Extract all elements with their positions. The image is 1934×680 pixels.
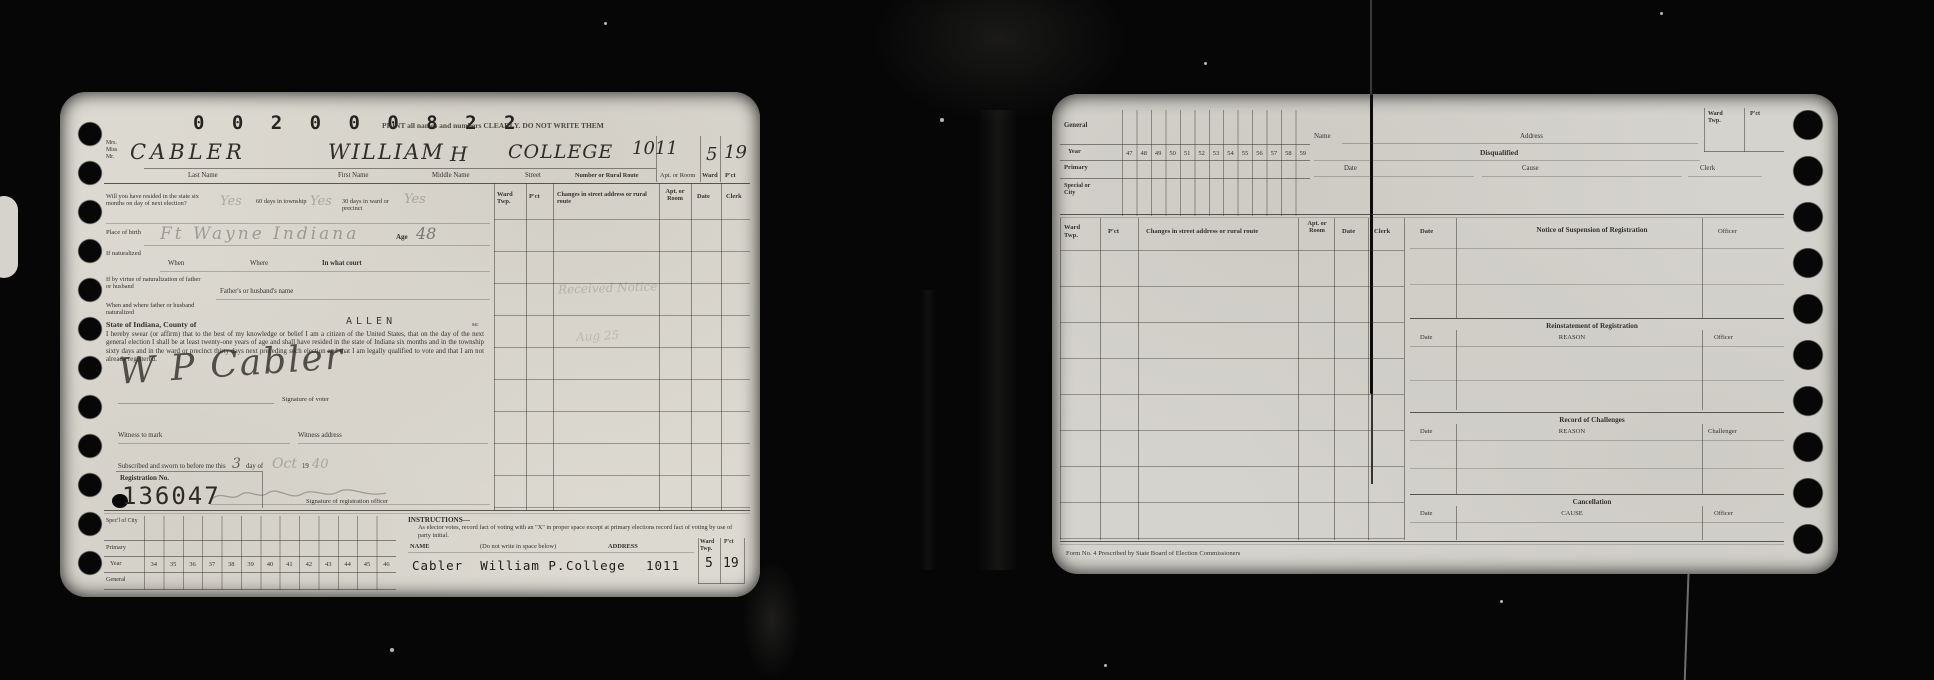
handwritten-pct: 19 <box>724 142 747 163</box>
year-cell: 47 <box>1122 146 1136 160</box>
label-last-name: Last Name <box>188 172 218 180</box>
reinstatement-reason: REASON <box>1492 334 1652 342</box>
label-name: NAME <box>410 543 430 550</box>
divider <box>720 136 721 182</box>
back-vote-grid: General Year 47484950515253545556575859 … <box>1060 110 1310 216</box>
ruled-rows <box>1060 250 1404 540</box>
year-cell: 59 <box>1296 146 1310 160</box>
typed-address: College <box>566 558 626 573</box>
dust-speck <box>1104 664 1107 667</box>
rule <box>104 540 396 541</box>
handwritten-place-of-birth: Ft Wayne Indiana <box>160 224 359 244</box>
rule <box>1342 143 1698 144</box>
title-mrs: Mrs. <box>106 140 117 147</box>
question-ward: 30 days in ward or precinct <box>342 198 402 212</box>
year-cell: 39 <box>241 557 260 572</box>
label-clerk: Clerk <box>1700 165 1715 173</box>
divider <box>1456 506 1457 540</box>
punch-holes <box>76 116 104 584</box>
col-apt: Apt. or Room <box>1302 220 1332 234</box>
year-cell: 56 <box>1252 146 1266 160</box>
instructions-body: As elector votes, record fact of voting … <box>418 524 744 539</box>
divider <box>1702 424 1703 494</box>
rule <box>1314 160 1700 161</box>
film-streak <box>920 290 936 570</box>
year-cell: 50 <box>1165 146 1179 160</box>
label-virtue-naturalization: If by virtue of naturalization of father… <box>106 276 204 290</box>
changes-table: Ward Twp. P'ct Changes in street address… <box>494 183 750 511</box>
rule <box>1410 346 1784 347</box>
registration-card-front: 0 0 2 0 0 0 8 2 2 PRINT all names and nu… <box>60 92 760 597</box>
divider <box>700 136 701 182</box>
label-registration-no: Registration No. <box>120 474 169 482</box>
rule <box>1410 440 1784 441</box>
cancellation-date: Date <box>1420 510 1432 518</box>
year-cell: 35 <box>163 557 182 572</box>
rule <box>408 552 694 553</box>
bottom-rule <box>1060 544 1784 545</box>
vote-record-grid: Spec'l of City Primary Year 343536373839… <box>104 516 396 590</box>
dust-speck <box>940 118 944 122</box>
divider <box>1456 330 1457 410</box>
handwritten-middle-name: H <box>450 142 467 166</box>
year-cell: 52 <box>1194 146 1208 160</box>
year-cell: 34 <box>144 557 163 572</box>
microfilm-scan: 0 0 2 0 0 0 8 2 2 PRINT all names and nu… <box>0 0 1934 680</box>
rule <box>104 589 396 590</box>
title-mr: Mr. <box>106 154 117 161</box>
registration-number-stamp: 136047 <box>122 482 221 510</box>
divider <box>744 538 745 584</box>
divider <box>1456 424 1457 494</box>
label-address: Address <box>1520 132 1543 140</box>
answer-residence: Yes <box>220 194 242 209</box>
row-general: General <box>106 576 126 583</box>
row-year: Year <box>110 560 121 567</box>
row-special-city: Spec'l of City <box>106 518 140 525</box>
year-cell: 43 <box>319 557 338 572</box>
section-rule <box>1410 318 1784 319</box>
year-cell: 45 <box>357 557 376 572</box>
section-separator <box>104 513 750 514</box>
header-print-instruction: PRINT all names and numbers CLEARLY. DO … <box>382 122 604 131</box>
punch-holes <box>1792 110 1824 564</box>
suspension-title: Notice of Suspension of Registration <box>1472 226 1712 234</box>
label-number-rural-route: Number or Rural Route <box>575 172 639 179</box>
label-if-naturalized: If naturalized <box>106 250 150 257</box>
rule <box>1060 178 1310 179</box>
band-rule <box>1060 217 1784 218</box>
divider <box>1060 218 1061 540</box>
row-special-city: Special or City <box>1064 182 1096 196</box>
cancellation-officer: Officer <box>1714 510 1733 518</box>
rule <box>216 299 490 300</box>
label-ward-twp-bottom: Ward Twp. <box>700 539 720 552</box>
sworn-mid: day of <box>246 463 263 471</box>
year-cell: 36 <box>183 557 202 572</box>
label-pct: P'ct <box>725 172 736 179</box>
label-witness-address: Witness address <box>298 432 342 440</box>
faint-pencil-note: Aug 25 <box>576 328 620 344</box>
label-in-what-court: In what court <box>322 260 362 268</box>
label-cause: Cause <box>1522 165 1539 173</box>
cancellation-cause: CAUSE <box>1492 510 1652 518</box>
suspension-officer: Officer <box>1718 228 1737 236</box>
year-cell: 41 <box>280 557 299 572</box>
rule <box>1410 468 1784 469</box>
reinstatement-officer: Officer <box>1714 334 1733 342</box>
col-pct: P'ct <box>1108 228 1119 236</box>
label-no-write-below: (Do not write in space below) <box>480 543 556 550</box>
handwritten-age: 48 <box>416 224 436 243</box>
challenges-date: Date <box>1420 428 1432 436</box>
dust-speck <box>1204 62 1207 65</box>
label-middle-name: Middle Name <box>432 172 470 180</box>
label-date: Date <box>1344 165 1357 173</box>
label-when: When <box>168 260 184 268</box>
divider <box>553 183 554 511</box>
label-where: Where <box>250 260 268 268</box>
col-apt: Apt. or Room <box>661 188 689 202</box>
label-place-of-birth: Place of birth <box>106 229 142 236</box>
bottom-rule <box>1060 541 1784 542</box>
suspension-date: Date <box>1420 228 1433 236</box>
rule <box>1060 144 1310 145</box>
challenges-title: Record of Challenges <box>1452 416 1732 424</box>
rule <box>1688 176 1762 177</box>
question-residence: Will you have resided in the state six m… <box>106 193 218 207</box>
rule <box>1314 176 1474 177</box>
rule <box>1060 160 1310 161</box>
col-date: Date <box>697 193 710 200</box>
year-cell: 46 <box>377 557 396 572</box>
label-corner-pct: P'ct <box>1750 111 1760 118</box>
row-primary: Primary <box>1064 164 1088 172</box>
typed-name: Cabler William P. <box>412 558 565 573</box>
label-signature-registration-officer: Signature of registration officer <box>306 498 388 505</box>
divider <box>1702 218 1703 318</box>
year-cell: 57 <box>1267 146 1281 160</box>
col-changes: Changes in street address or rural route <box>557 191 657 205</box>
film-streak <box>978 110 1018 570</box>
rule <box>104 572 396 573</box>
challenges-challenger: Challenger <box>1708 428 1737 436</box>
band-rule <box>1060 214 1784 215</box>
year-cell: 58 <box>1281 146 1295 160</box>
label-signature-of-voter: Signature of voter <box>282 396 329 403</box>
year-cell: 49 <box>1151 146 1165 160</box>
divider <box>656 136 657 182</box>
col-clerk: Clerk <box>1374 228 1390 236</box>
question-township: 60 days in township <box>256 198 308 205</box>
scratch-line-top <box>1370 0 1372 94</box>
typed-pct: 19 <box>723 556 739 571</box>
row-year: Year <box>1068 148 1081 155</box>
year-cell: 44 <box>338 557 357 572</box>
rule <box>698 583 744 584</box>
col-pct: P'ct <box>529 193 540 200</box>
name-underline <box>144 168 656 169</box>
title-miss: Miss <box>106 147 117 154</box>
sworn-year: 40 <box>312 457 329 472</box>
reinstatement-date: Date <box>1420 334 1432 342</box>
year-cell: 51 <box>1180 146 1194 160</box>
affidavit-ss: ss: <box>472 321 479 328</box>
handwritten-first-name: WILLIAM <box>328 140 445 164</box>
col-date: Date <box>1342 228 1355 236</box>
dust-speck <box>1660 12 1663 15</box>
year-cells: 34353637383940414243444546 <box>144 557 396 572</box>
label-age: Age <box>396 233 408 241</box>
divider <box>1702 506 1703 540</box>
handwritten-last-name: CABLER <box>130 140 246 164</box>
challenges-reason: REASON <box>1492 428 1652 436</box>
year-cells: 47484950515253545556575859 <box>1122 146 1310 160</box>
signature-underline <box>118 403 274 404</box>
sworn-prefix: Subscribed and sworn to before me this <box>118 463 226 471</box>
answer-township: Yes <box>310 194 332 209</box>
sworn-month: Oct <box>272 456 297 472</box>
label-ward: Ward <box>702 172 718 179</box>
divider <box>1704 108 1705 152</box>
typed-number: 1011 <box>646 558 680 573</box>
divider <box>1404 218 1405 540</box>
row-primary: Primary <box>106 544 126 551</box>
affidavit-county-typed: ALLEN <box>346 316 396 327</box>
rule <box>1704 151 1784 152</box>
dust-speck <box>1500 600 1503 603</box>
handwritten-ward: 5 <box>706 144 717 165</box>
col-changes: Changes in street address or rural route <box>1146 228 1258 236</box>
handwritten-street: COLLEGE <box>508 141 613 163</box>
label-address: ADDRESS <box>608 543 638 550</box>
label-street: Street <box>525 172 541 180</box>
rule <box>1410 522 1784 523</box>
grid-columns <box>1122 110 1310 216</box>
year-cell: 42 <box>299 557 318 572</box>
section-rule <box>1410 494 1784 495</box>
rule <box>160 271 490 272</box>
rule <box>1410 380 1784 381</box>
grid-columns <box>144 516 396 590</box>
label-first-name: First Name <box>338 172 368 180</box>
handwritten-house-number: 1011 <box>632 138 678 159</box>
year-cell: 55 <box>1238 146 1252 160</box>
divider <box>1138 218 1139 540</box>
registration-card-back: General Year 47484950515253545556575859 … <box>1052 94 1838 574</box>
changes-rows <box>494 219 750 509</box>
label-name: Name <box>1314 132 1331 140</box>
rule <box>1410 284 1784 285</box>
section-separator <box>104 510 750 511</box>
divider <box>720 538 721 584</box>
dust-speck <box>390 648 394 652</box>
rule <box>118 443 290 444</box>
col-clerk: Clerk <box>726 193 742 200</box>
rule <box>144 245 490 246</box>
divider <box>1368 218 1369 540</box>
col-ward-twp: Ward Twp. <box>1064 224 1092 239</box>
year-cell: 37 <box>202 557 221 572</box>
year-cell: 54 <box>1223 146 1237 160</box>
label-corner-ward-twp: Ward Twp. <box>1708 111 1732 125</box>
divider <box>1100 218 1101 540</box>
col-ward-twp: Ward Twp. <box>497 191 523 206</box>
divider <box>1702 330 1703 410</box>
reinstatement-title: Reinstatement of Registration <box>1452 322 1732 330</box>
rule <box>1482 176 1682 177</box>
label-father-husband-name: Father's or husband's name <box>220 288 293 296</box>
divider <box>691 183 692 511</box>
form-footer: Form No. 4 Prescribed by State Board of … <box>1066 550 1240 558</box>
year-cell: 53 <box>1209 146 1223 160</box>
rule <box>1410 248 1784 249</box>
label-witness-to-mark: Witness to mark <box>118 432 162 440</box>
sworn-year-prefix: 19 <box>302 463 309 471</box>
edge-blob <box>0 196 18 278</box>
year-cell: 38 <box>222 557 241 572</box>
typed-ward: 5 <box>705 556 713 571</box>
cancellation-title: Cancellation <box>1452 498 1732 506</box>
divider <box>1334 218 1335 540</box>
divider <box>526 183 527 511</box>
section-rule <box>1410 412 1784 413</box>
dust-speck <box>604 22 607 25</box>
label-pct-bottom: P'ct <box>724 539 734 546</box>
row-general: General <box>1064 122 1087 130</box>
label-disqualified: Disqualified <box>1480 149 1518 158</box>
divider <box>721 183 722 511</box>
divider <box>1456 218 1457 318</box>
affidavit-state-line: State of Indiana, County of <box>106 321 196 330</box>
divider <box>494 183 495 511</box>
divider <box>698 538 699 584</box>
year-cell: 48 <box>1136 146 1150 160</box>
rule <box>298 443 488 444</box>
sworn-day: 3 <box>232 456 241 472</box>
year-cell: 40 <box>260 557 279 572</box>
divider <box>1298 218 1299 540</box>
divider <box>1744 108 1745 152</box>
divider <box>659 183 660 511</box>
label-father-naturalized: When and where father or husband natural… <box>106 302 216 316</box>
label-apt-or-room: Apt. or Room <box>660 172 695 179</box>
answer-ward: Yes <box>404 192 426 207</box>
